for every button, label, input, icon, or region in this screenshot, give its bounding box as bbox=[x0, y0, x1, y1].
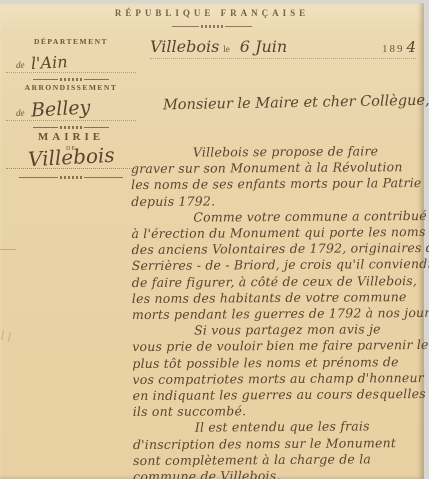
arrondissement-ornament-rule bbox=[33, 125, 109, 130]
mairie-value-handwritten: Villebois bbox=[27, 146, 115, 170]
dateline-year-digit-handwritten: 4 bbox=[406, 38, 416, 56]
letter-line: morts pendant les guerres de 1792 à nos … bbox=[132, 305, 429, 323]
arrondissement-prefix: de bbox=[16, 108, 25, 118]
letter-line: plus tôt possible les noms et prénoms de bbox=[132, 354, 429, 372]
letter-line: commune de Villebois. bbox=[133, 467, 429, 479]
arrondissement-label: ARRONDISSEMENT bbox=[6, 83, 136, 92]
department-value-handwritten: l'Ain bbox=[30, 54, 67, 72]
margin-pencil-mark bbox=[1, 330, 11, 341]
header-ornament-rule bbox=[172, 24, 252, 29]
letter-line: de faire figurer, à côté de ceux de Vill… bbox=[132, 273, 429, 291]
mairie-ornament-rule bbox=[19, 175, 123, 180]
arrondissement-value-handwritten: Belley bbox=[30, 98, 90, 120]
paper-crease-mark bbox=[0, 249, 16, 250]
republique-francaise-title: RÉPUBLIQUE FRANÇAISE bbox=[0, 8, 424, 18]
salutation: Monsieur le Maire et cher Collègue, bbox=[163, 93, 429, 114]
letter-line: d'inscription des noms sur le Monument bbox=[133, 435, 429, 453]
letter-paper: RÉPUBLIQUE FRANÇAISE DÉPARTEMENT de l'Ai… bbox=[0, 3, 424, 479]
dateline-day-month-handwritten: 6 Juin bbox=[240, 37, 287, 56]
letter-body: Villebois se propose de faire graver sur… bbox=[131, 143, 429, 479]
dateline-year-printed: 189 bbox=[382, 43, 405, 55]
department-prefix: de bbox=[16, 60, 25, 70]
letter-line: les noms de ses enfants morts pour la Pa… bbox=[131, 175, 429, 193]
scanned-letter: RÉPUBLIQUE FRANÇAISE DÉPARTEMENT de l'Ai… bbox=[0, 0, 429, 479]
dateline-place-handwritten: Villebois bbox=[150, 37, 219, 56]
dateline: Villebois le 6 Juin 189 4 bbox=[150, 37, 416, 59]
letter-line: en indiquant les guerres au cours desque… bbox=[133, 386, 429, 404]
department-line: de l'Ain bbox=[6, 49, 136, 73]
letter-line: Serrières - de - Briord, je crois qu'il … bbox=[132, 256, 429, 274]
arrondissement-line: de Belley bbox=[6, 93, 136, 121]
department-ornament-rule bbox=[33, 77, 109, 82]
department-label: DÉPARTEMENT bbox=[6, 37, 136, 46]
letter-line: vous prie de vouloir bien me faire parve… bbox=[132, 337, 429, 355]
dateline-le-label: le bbox=[223, 44, 230, 54]
mairie-line: Villebois bbox=[6, 139, 136, 169]
